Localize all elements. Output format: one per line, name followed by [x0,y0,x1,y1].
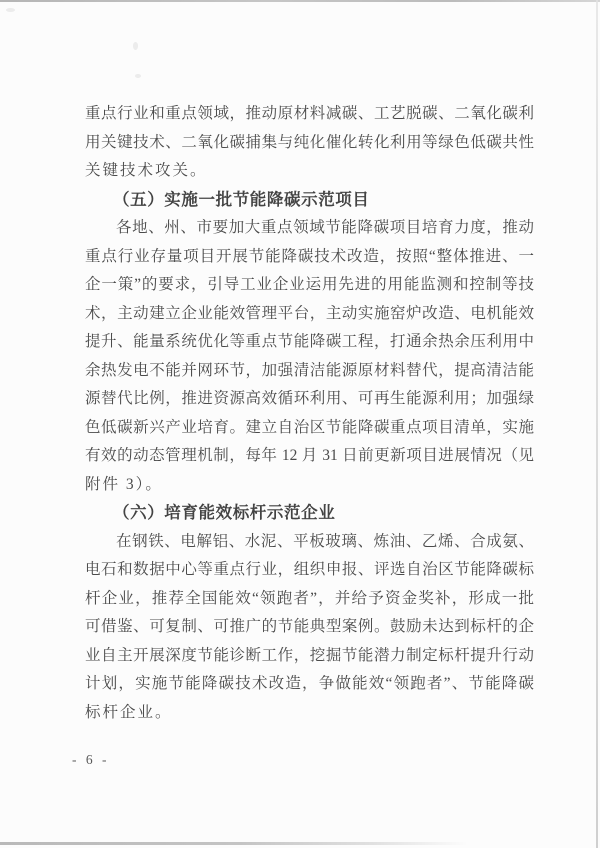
text-line: 在钢铁、电解铝、水泥、平板玻璃、炼油、乙烯、合成氨、 [85,528,534,557]
scan-edge-bottom [0,842,600,845]
section-heading: （六）培育能效标杆示范企业 [85,499,534,528]
text-line: 关键技术攻关。 [85,157,534,186]
text-line: 杆企业，推荐全国能效“领跑者”，并给予资金奖补，形成一批 [85,585,534,614]
page-number: - 6 - [72,752,110,768]
text-line: 有效的动态管理机制，每年 12 月 31 日前更新项目进展情况（见 [85,442,534,471]
scan-artifact [133,42,138,50]
text-line: 各地、州、市要加大重点领域节能降碳项目培育力度，推动 [85,214,534,243]
text-line: 业自主开展深度节能诊断工作，挖掘节能潜力制定标杆提升行动 [85,642,534,671]
text-line: 用关键技术、二氧化碳捕集与纯化催化转化利用等绿色低碳共性 [85,129,534,158]
text-line: 企一策”的要求，引导工业企业运用先进的用能监测和控制等技 [85,271,534,300]
text-line: 电石和数据中心等重点行业，组织申报、评选自治区节能降碳标 [85,556,534,585]
scan-artifact [6,8,15,12]
scan-artifact [135,74,141,78]
text-line: 色低碳新兴产业培育。建立自治区节能降碳重点项目清单，实施 [85,414,534,443]
text-line: 可借鉴、可复制、可推广的节能典型案例。鼓励未达到标杆的企 [85,613,534,642]
text-line: 附件 3）。 [85,471,534,500]
section-heading: （五）实施一批节能降碳示范项目 [85,186,534,215]
text-line: 标杆企业。 [85,699,534,728]
scanned-document-page: 重点行业和重点领域，推动原材料减碳、工艺脱碳、二氧化碳利 用关键技术、二氧化碳捕… [0,0,600,848]
text-line: 重点行业和重点领域，推动原材料减碳、工艺脱碳、二氧化碳利 [85,100,534,129]
text-line: 术，主动建立企业能效管理平台，主动实施窑炉改造、电机能效 [85,300,534,329]
text-line: 计划，实施节能降碳技术改造，争做能效“领跑者”、节能降碳 [85,670,534,699]
text-line: 重点行业存量项目开展节能降碳技术改造，按照“整体推进、一 [85,243,534,272]
text-line: 源替代比例，推进资源高效循环利用、可再生能源利用；加强绿 [85,385,534,414]
scan-edge-right [596,0,598,848]
text-line: 提升、能量系统优化等重点节能降碳工程，打通余热余压利用中 [85,328,534,357]
document-body: 重点行业和重点领域，推动原材料减碳、工艺脱碳、二氧化碳利 用关键技术、二氧化碳捕… [85,100,534,727]
text-line: 余热发电不能并网环节，加强清洁能源原材料替代，提高清洁能 [85,357,534,386]
scan-edge-top [0,0,600,2]
